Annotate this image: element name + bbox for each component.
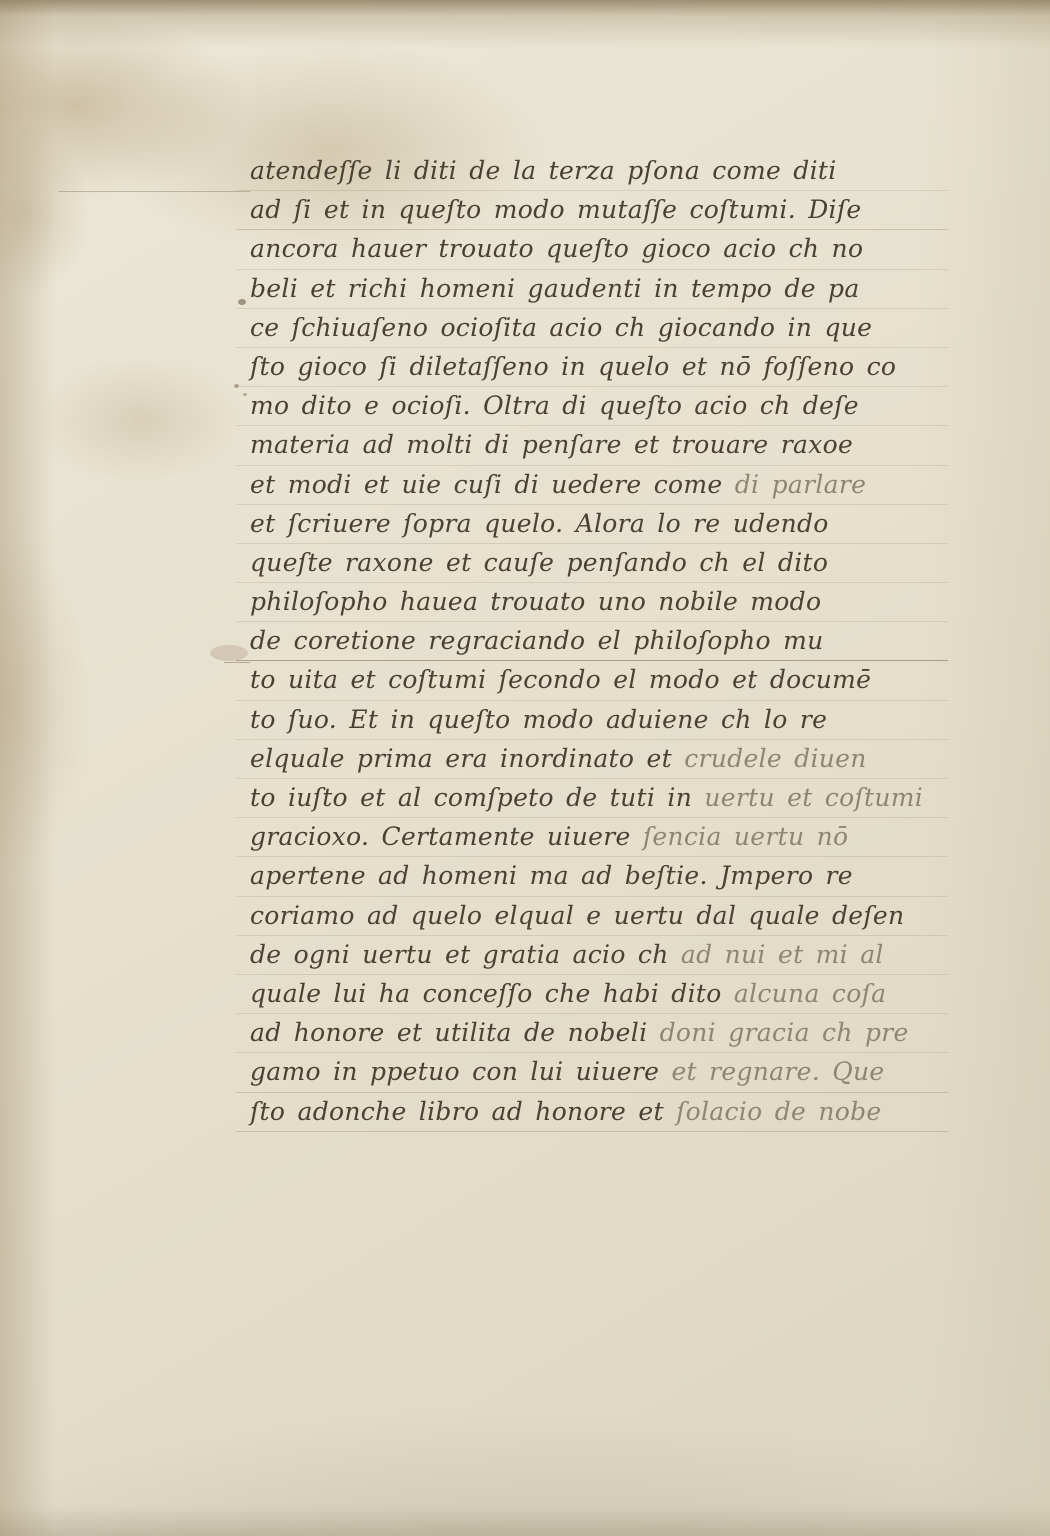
manuscript-page: atendeſſe li diti de la terza pſona come… — [0, 0, 1050, 1536]
manuscript-text-segment: materia ad molti di penſare et trouare r… — [250, 430, 853, 459]
manuscript-text-segment: ancora hauer trouato queſto gioco acio c… — [250, 234, 863, 263]
manuscript-text-segment: gamo in ppetuo con lui uiuere — [250, 1057, 671, 1086]
manuscript-text-segment: doni gracia ch pre — [660, 1018, 909, 1047]
manuscript-text-segment: ad nui et mi al — [681, 940, 884, 969]
manuscript-line: apertene ad homeni ma ad beſtie. Jmpero … — [250, 861, 940, 900]
manuscript-text-segment: di parlare — [735, 470, 866, 499]
manuscript-text-segment: ſto gioco ſi diletaſſeno in quelo et nō … — [250, 352, 896, 381]
text-block: atendeſſe li diti de la terza pſona come… — [250, 156, 940, 1136]
manuscript-line: ce ſchiuaſeno ocioſita acio ch giocando … — [250, 313, 940, 352]
ruling-line-left-extension — [58, 191, 250, 192]
manuscript-line: mo dito e ocioſi. Oltra di queſto acio c… — [250, 391, 940, 430]
manuscript-line: gamo in ppetuo con lui uiuere et regnare… — [250, 1057, 940, 1096]
ink-speck — [238, 299, 246, 305]
manuscript-text-segment: ce ſchiuaſeno ocioſita acio ch giocando … — [250, 313, 872, 342]
manuscript-text-segment: ad ſi et in queſto modo mutaſſe coſtumi.… — [250, 195, 861, 224]
manuscript-line: to iuſto et al comſpeto de tuti in uertu… — [250, 783, 940, 822]
manuscript-line: philoſopho hauea trouato uno nobile modo — [250, 587, 940, 626]
manuscript-text-segment: alcuna coſa — [734, 979, 886, 1008]
manuscript-line: to uita et coſtumi ſecondo el modo et do… — [250, 665, 940, 704]
manuscript-text-segment: de ogni uertu et gratia acio ch — [250, 940, 681, 969]
ink-speck — [243, 393, 247, 396]
manuscript-line: ſto gioco ſi diletaſſeno in quelo et nō … — [250, 352, 940, 391]
manuscript-text-segment: crudele diuen — [684, 744, 867, 773]
manuscript-text-segment: ad honore et utilita de nobeli — [250, 1018, 660, 1047]
manuscript-text-segment: uertu et coſtumi — [704, 783, 923, 812]
manuscript-text-segment: gracioxo. Certamente uiuere — [250, 822, 643, 851]
manuscript-text-segment: et ſcriuere ſopra quelo. Alora lo re ude… — [250, 509, 829, 538]
ruling-line-left-extension — [224, 662, 250, 663]
manuscript-line: atendeſſe li diti de la terza pſona come… — [250, 156, 940, 195]
manuscript-text-segment: mo dito e ocioſi. Oltra di queſto acio c… — [250, 391, 859, 420]
manuscript-line: beli et richi homeni gaudenti in tempo d… — [250, 274, 940, 313]
manuscript-text-segment: beli et richi homeni gaudenti in tempo d… — [250, 274, 860, 303]
manuscript-text-segment: atendeſſe li diti de la terza pſona come… — [250, 156, 837, 185]
margin-smudge — [210, 645, 248, 661]
manuscript-line: queſte raxone et cauſe penſando ch el di… — [250, 548, 940, 587]
manuscript-text-segment: quale lui ha conceſſo che habi dito — [250, 979, 734, 1008]
manuscript-line: coriamo ad quelo elqual e uertu dal qual… — [250, 901, 940, 940]
manuscript-text-segment: ſto adonche libro ad honore et — [250, 1097, 676, 1126]
manuscript-text-segment: ſencia uertu nō — [643, 822, 849, 851]
manuscript-text-segment: et modi et uie cuſi di uedere come — [250, 470, 735, 499]
manuscript-text-segment: ſolacio de nobe — [676, 1097, 881, 1126]
manuscript-line: ſto adonche libro ad honore et ſolacio d… — [250, 1097, 940, 1136]
manuscript-text-segment: queſte raxone et cauſe penſando ch el di… — [250, 548, 828, 577]
manuscript-line: et ſcriuere ſopra quelo. Alora lo re ude… — [250, 509, 940, 548]
manuscript-text-segment: elquale prima era inordinato et — [250, 744, 684, 773]
manuscript-line: ad ſi et in queſto modo mutaſſe coſtumi.… — [250, 195, 940, 234]
manuscript-line: de ogni uertu et gratia acio ch ad nui e… — [250, 940, 940, 979]
manuscript-line: ad honore et utilita de nobeli doni grac… — [250, 1018, 940, 1057]
manuscript-text-segment: coriamo ad quelo elqual e uertu dal qual… — [250, 901, 904, 930]
manuscript-line: elquale prima era inordinato et crudele … — [250, 744, 940, 783]
manuscript-line: quale lui ha conceſſo che habi dito alcu… — [250, 979, 940, 1018]
manuscript-line: et modi et uie cuſi di uedere come di pa… — [250, 470, 940, 509]
manuscript-text-segment: et regnare. Que — [671, 1057, 884, 1086]
manuscript-line: materia ad molti di penſare et trouare r… — [250, 430, 940, 469]
manuscript-text-segment: to ſuo. Et in queſto modo aduiene ch lo … — [250, 705, 827, 734]
manuscript-text-segment: apertene ad homeni ma ad beſtie. Jmpero … — [250, 861, 853, 890]
manuscript-text-segment: de coretione regraciando el philoſopho m… — [250, 626, 824, 655]
manuscript-line: ancora hauer trouato queſto gioco acio c… — [250, 234, 940, 273]
manuscript-line: de coretione regraciando el philoſopho m… — [250, 626, 940, 665]
manuscript-line: to ſuo. Et in queſto modo aduiene ch lo … — [250, 705, 940, 744]
manuscript-text-segment: philoſopho hauea trouato uno nobile modo — [250, 587, 821, 616]
manuscript-line: gracioxo. Certamente uiuere ſencia uertu… — [250, 822, 940, 861]
manuscript-text-segment: to iuſto et al comſpeto de tuti in — [250, 783, 704, 812]
manuscript-text-segment: to uita et coſtumi ſecondo el modo et do… — [250, 665, 871, 694]
